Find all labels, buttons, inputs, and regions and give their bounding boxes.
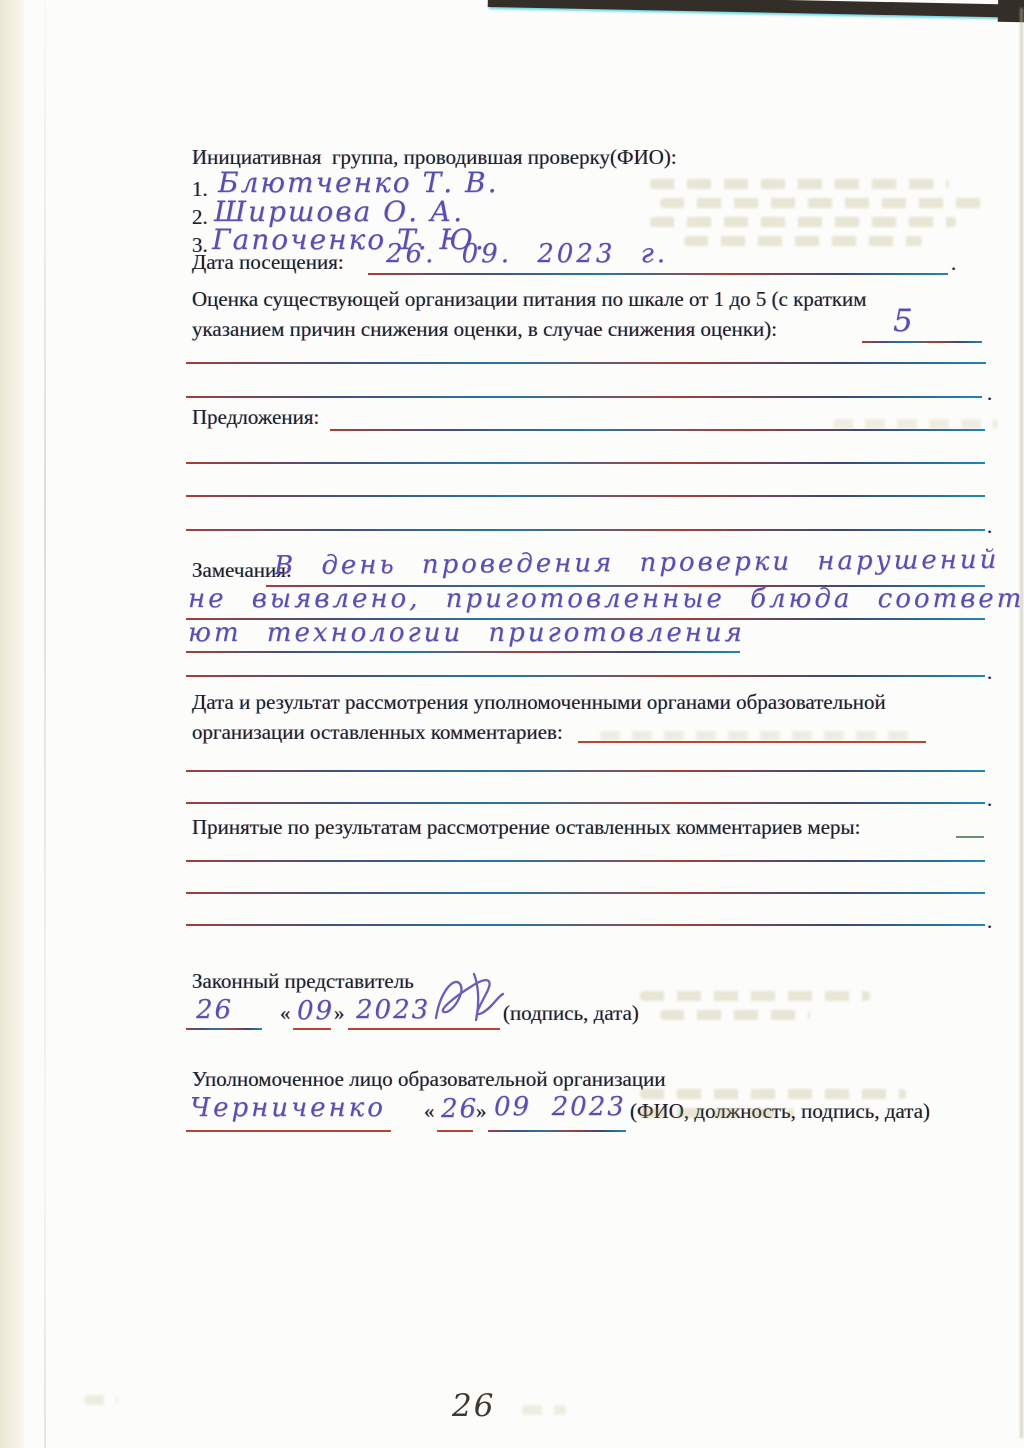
answer-underline xyxy=(862,341,982,343)
legal-representative-label: Законный представитель xyxy=(192,968,414,994)
bleedthrough-artifact xyxy=(640,1080,920,1127)
visit-date-value-handwritten: 26. 09. 2023 г. xyxy=(386,239,668,269)
bleedthrough-artifact xyxy=(84,1386,118,1414)
form-blank-line xyxy=(186,675,985,677)
review-text-line2: организации оставленных комментариев: xyxy=(192,719,563,745)
form-blank-line xyxy=(186,495,985,497)
signature-scribble xyxy=(430,970,508,1032)
line-end-period: . xyxy=(987,659,992,685)
rating-text-line2: указанием причин снижения оценки, в случ… xyxy=(192,316,777,342)
authorized-person-label: Уполномоченное лицо образовательной орга… xyxy=(192,1066,666,1092)
form-blank-line xyxy=(186,802,985,804)
form-blank-line xyxy=(186,924,985,926)
legal-caption: (подпись, дата) xyxy=(503,1000,639,1026)
line-end-period: . xyxy=(987,513,992,539)
bleedthrough-artifact xyxy=(522,1396,566,1424)
bleedthrough-artifact xyxy=(600,722,920,750)
legal-year-handwritten: 2023 xyxy=(356,995,430,1025)
page-left-edge xyxy=(0,0,24,1448)
form-blank-line xyxy=(186,892,985,894)
remarks-handwritten-line1: В день проведения проверки нарушений xyxy=(274,545,1000,581)
member-number: 2. xyxy=(192,204,208,230)
form-blank-line xyxy=(186,362,986,364)
form-blank-line xyxy=(186,529,985,531)
answer-underline xyxy=(956,836,984,838)
answer-underline xyxy=(186,1028,262,1030)
legal-month-handwritten: 09 xyxy=(297,996,334,1026)
answer-underline xyxy=(186,1130,391,1132)
answer-underline xyxy=(437,1130,473,1132)
review-text-line1: Дата и результат рассмотрения уполномоче… xyxy=(192,689,886,715)
page-number-handwritten: 26 xyxy=(452,1388,495,1424)
visit-date-label: Дата посещения: xyxy=(192,249,344,275)
page-crease xyxy=(44,0,46,1448)
answer-underline xyxy=(488,1130,626,1132)
legal-day-handwritten: 26 xyxy=(196,995,233,1025)
form-blank-line xyxy=(186,770,985,772)
answer-underline xyxy=(293,1028,331,1030)
suggestions-label: Предложения: xyxy=(192,404,319,430)
guillemet-open: « xyxy=(424,1098,435,1124)
authorized-day-handwritten: 26 xyxy=(441,1094,478,1124)
line-end-period: . xyxy=(987,786,992,812)
guillemet-close: » xyxy=(476,1098,487,1124)
guillemet-close: » xyxy=(334,1000,345,1026)
answer-underline xyxy=(186,651,740,653)
member-number: 1. xyxy=(192,176,208,202)
bleedthrough-artifact xyxy=(640,982,890,1029)
bleedthrough-artifact xyxy=(650,170,990,255)
form-blank-line xyxy=(186,396,982,398)
form-blank-line xyxy=(186,462,985,464)
line-end-period: . xyxy=(987,908,992,934)
authorized-date-handwritten: 09 2023 xyxy=(494,1092,626,1122)
bleedthrough-artifact xyxy=(833,410,998,438)
rating-text-line1: Оценка существующей организации питания … xyxy=(192,286,867,312)
scanned-form-page: Инициативная группа, проводившая проверк… xyxy=(0,0,1024,1448)
guillemet-open: « xyxy=(280,1000,291,1026)
remarks-handwritten-line2: не выявлено, приготовленные блюда соотве… xyxy=(188,584,1024,614)
authorized-name-handwritten: Черниченко xyxy=(190,1093,386,1123)
answer-underline xyxy=(368,273,948,275)
scanner-top-edge xyxy=(488,0,1024,18)
remarks-handwritten-line3: ют технологии приготовления xyxy=(188,618,745,648)
form-blank-line xyxy=(186,860,985,862)
page-right-shadow xyxy=(1020,8,1023,1438)
measures-label: Принятые по результатам рассмотрение ост… xyxy=(192,814,860,840)
rating-value-handwritten: 5 xyxy=(893,303,915,339)
line-end-period: . xyxy=(987,380,992,406)
